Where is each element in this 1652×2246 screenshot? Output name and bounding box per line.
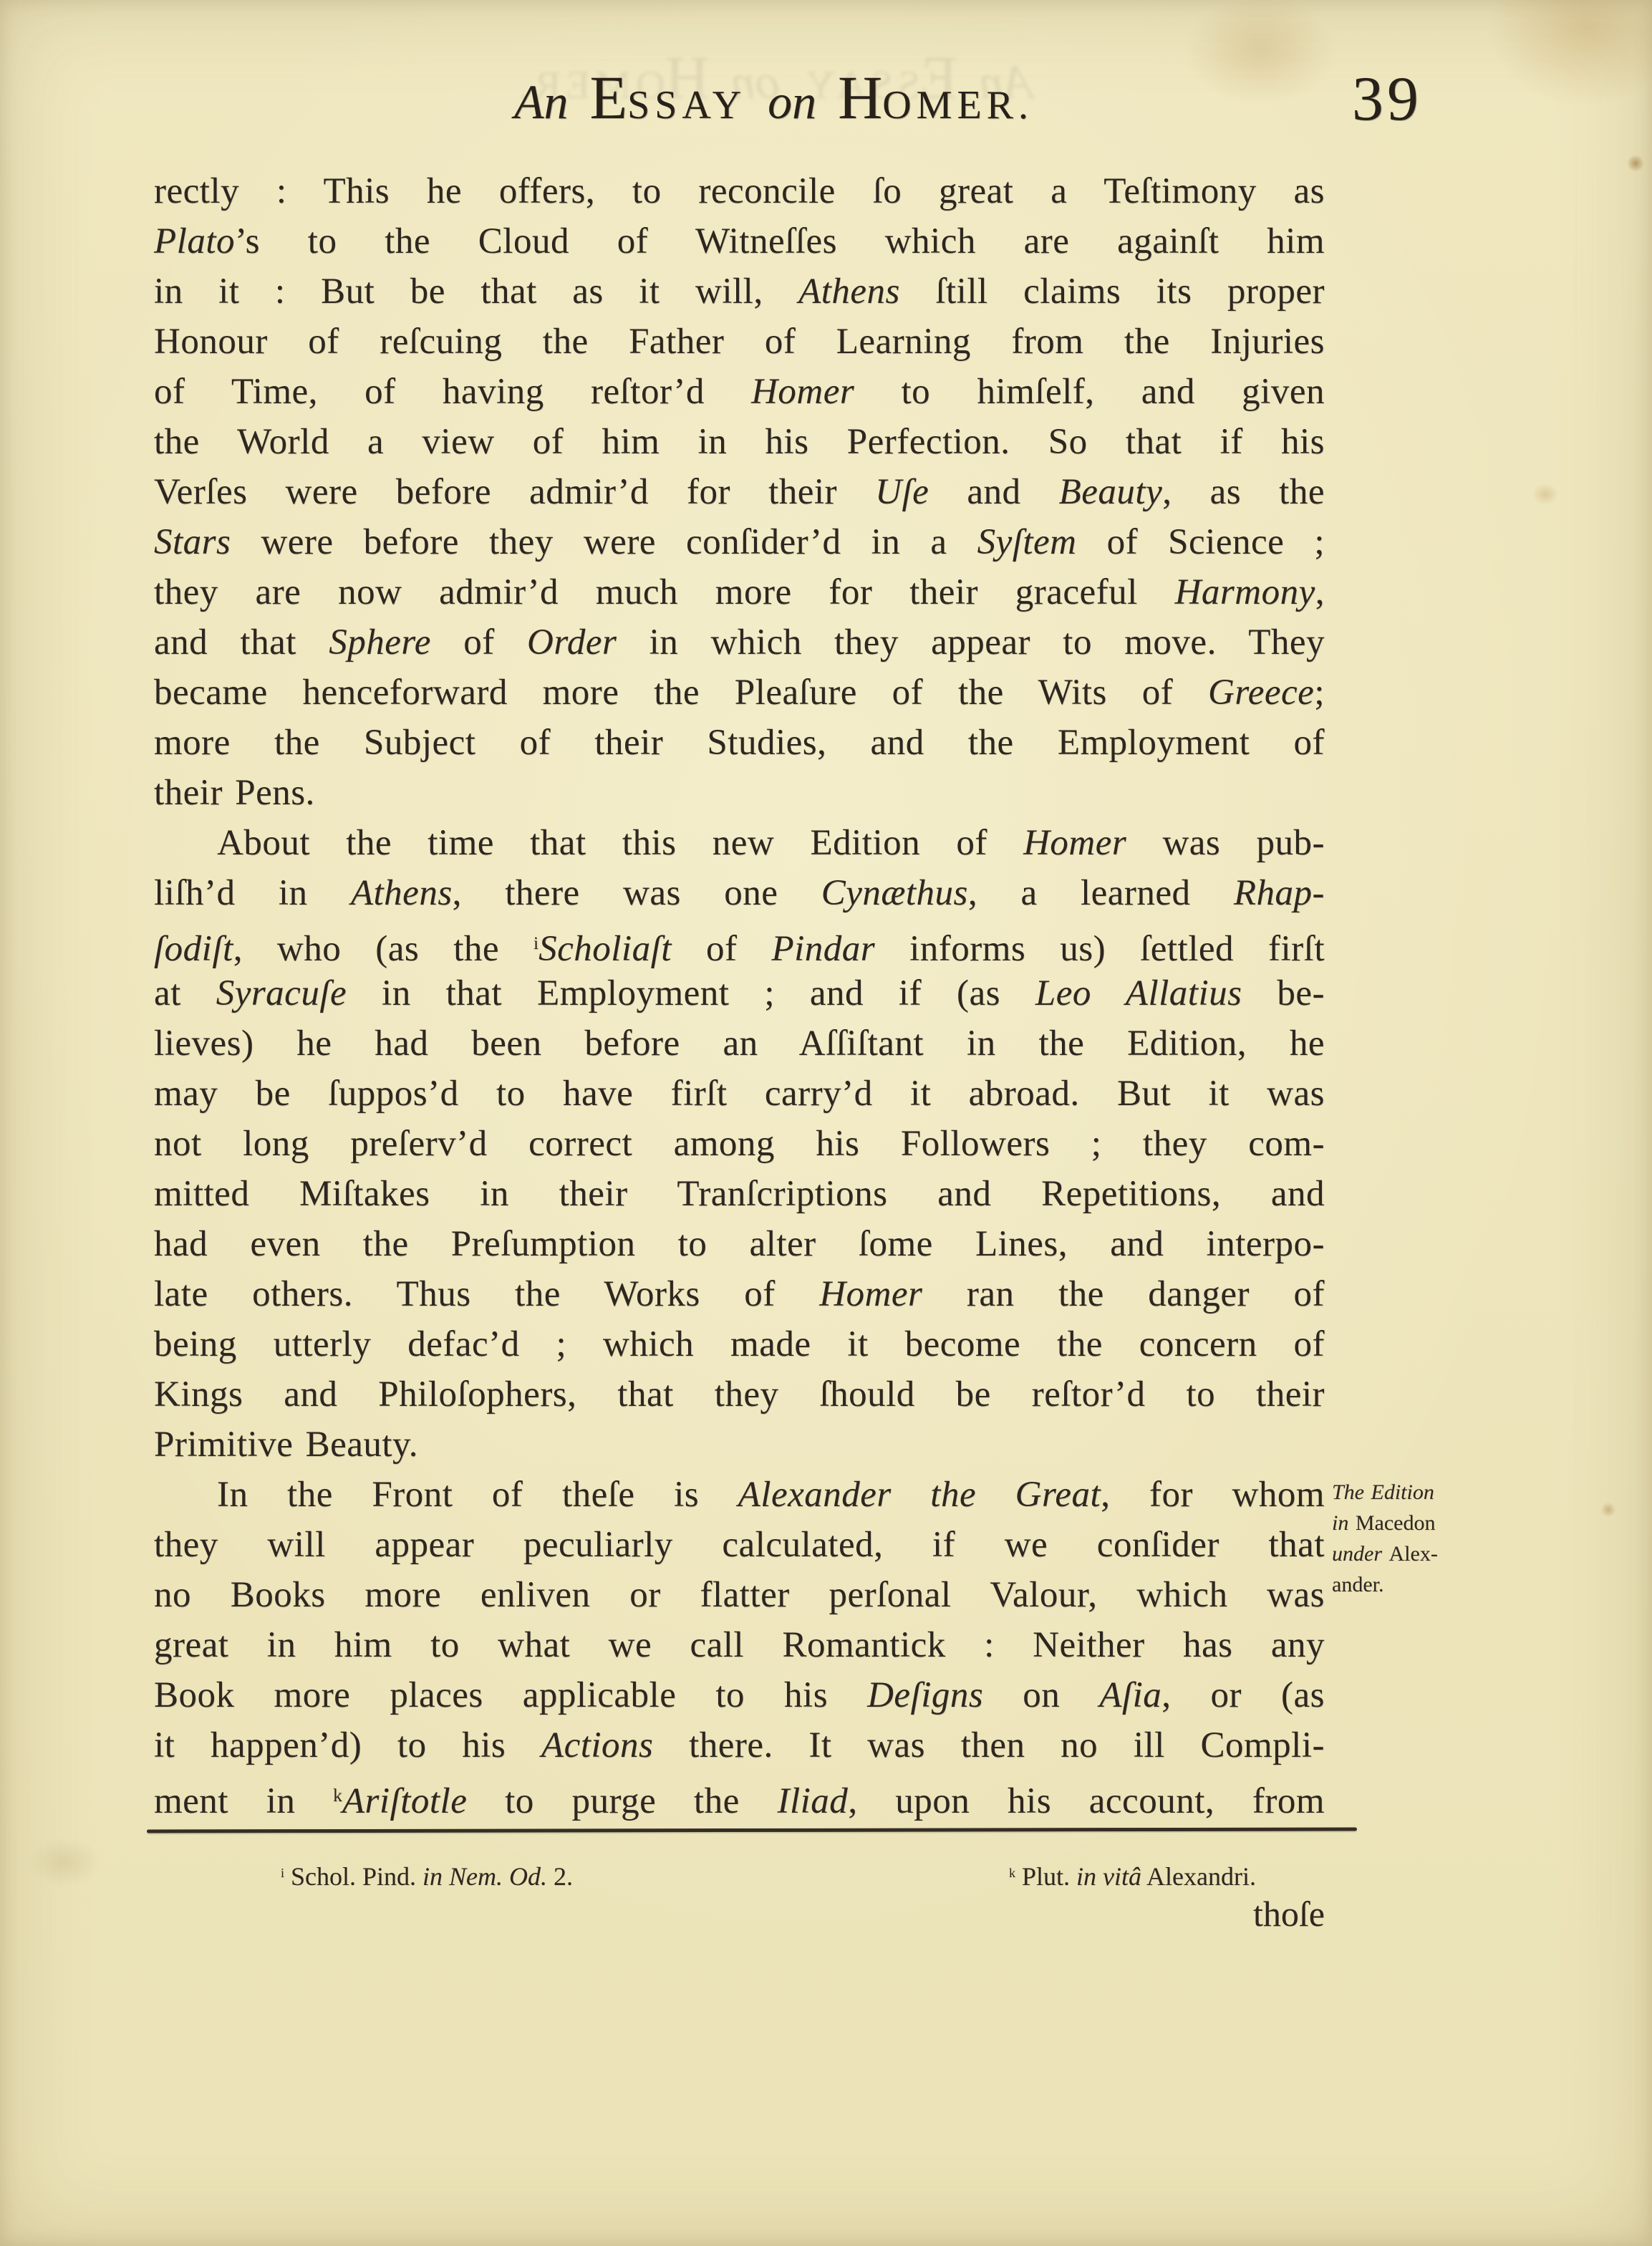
margin-note-line: under Alex- xyxy=(1332,1538,1518,1569)
margin-note-line: The Edition xyxy=(1332,1477,1518,1508)
text-line: it happen’d) to his Actions there. It wa… xyxy=(154,1720,1325,1770)
text-line: may be ſuppos’d to have firſt carry’d it… xyxy=(154,1069,1325,1119)
text-line: of Time, of having reſtor’d Homer to him… xyxy=(154,367,1325,417)
text-line: Stars were before they were conſider’d i… xyxy=(154,517,1325,567)
text-line: being utterly defac’d ; which made it be… xyxy=(154,1319,1325,1369)
page-scan: AnESSAYonHOMER. 39 rectly : This he offe… xyxy=(0,0,1652,2246)
text-line: rectly : This he offers, to reconcile ſo… xyxy=(154,166,1325,216)
title-word: HOMER. xyxy=(514,42,710,113)
text-line: more the Subject of their Studies, and t… xyxy=(154,718,1325,768)
text-line: they are now admir’d much more for their… xyxy=(154,567,1325,617)
text-line: mitted Miſtakes in their Tranſcriptions … xyxy=(154,1169,1325,1219)
text-line: at Syracuſe in that Employment ; and if … xyxy=(154,968,1325,1018)
text-line: had even the Preſumption to alter ſome L… xyxy=(154,1219,1325,1269)
text-line: About the time that this new Edition of … xyxy=(154,818,1325,868)
text-line: Honour of reſcuing the Father of Learnin… xyxy=(154,317,1325,367)
text-line: great in him to what we call Romantick :… xyxy=(154,1620,1325,1670)
margin-note: The Editionin Macedonunder Alex-ander. xyxy=(1332,1477,1518,1600)
text-line: In the Front of theſe is Alexander the G… xyxy=(154,1470,1325,1520)
footnote-right: k Plut. in vitâ Alexandri. xyxy=(1009,1856,1256,1893)
text-line: lieves) he had been before an Aſſiſtant … xyxy=(154,1018,1325,1069)
text-line: their Pens. xyxy=(154,768,1325,818)
text-line: Primitive Beauty. xyxy=(154,1420,1325,1470)
body-text: rectly : This he offers, to reconcile ſo… xyxy=(154,166,1325,1821)
page-number: 39 xyxy=(1352,63,1422,135)
paragraph: In the Front of theſe is Alexander the G… xyxy=(154,1470,1325,1821)
footnote-left: i Schol. Pind. in Nem. Od. 2. xyxy=(281,1856,573,1893)
show-through-artifact: AnESSAYonHOMER. xyxy=(188,42,1359,113)
text-line: no Books more enliven or flatter perſona… xyxy=(154,1570,1325,1620)
text-line: late others. Thus the Works of Homer ran… xyxy=(154,1269,1325,1319)
paragraph: About the time that this new Edition of … xyxy=(154,818,1325,1470)
text-line: Plato’s to the Cloud of Witneſſes which … xyxy=(154,216,1325,266)
text-line: ſodiſt, who (as the iScholiaſt of Pindar… xyxy=(154,918,1325,968)
catchword: thoſe xyxy=(154,1892,1325,1935)
margin-note-line: ander. xyxy=(1332,1569,1518,1600)
paragraph: rectly : This he offers, to reconcile ſo… xyxy=(154,166,1325,818)
margin-note-line: in Macedon xyxy=(1332,1508,1518,1538)
text-line: ment in kAriſtotle to purge the Iliad, u… xyxy=(154,1770,1325,1821)
text-line: Book more places applicable to his Deſig… xyxy=(154,1670,1325,1720)
text-line: Verſes were before admir’d for their Uſe… xyxy=(154,467,1325,517)
text-line: Kings and Philoſophers, that they ſhould… xyxy=(154,1369,1325,1420)
footnote-rule xyxy=(147,1828,1357,1833)
text-line: the World a view of him in his Perfectio… xyxy=(154,417,1325,467)
text-line: they will appear peculiarly calculated, … xyxy=(154,1520,1325,1570)
footnotes: i Schol. Pind. in Nem. Od. 2. k Plut. in… xyxy=(154,1856,1325,1893)
text-line: not long preſerv’d correct among his Fol… xyxy=(154,1119,1325,1169)
text-line: in it : But be that as it will, Athens ſ… xyxy=(154,266,1325,317)
title-word: ESSAY xyxy=(801,42,958,113)
text-line: and that Sphere of Order in which they a… xyxy=(154,617,1325,667)
text-line: liſh’d in Athens, there was one Cynæthus… xyxy=(154,868,1325,918)
text-line: became henceforward more the Pleaſure of… xyxy=(154,667,1325,718)
